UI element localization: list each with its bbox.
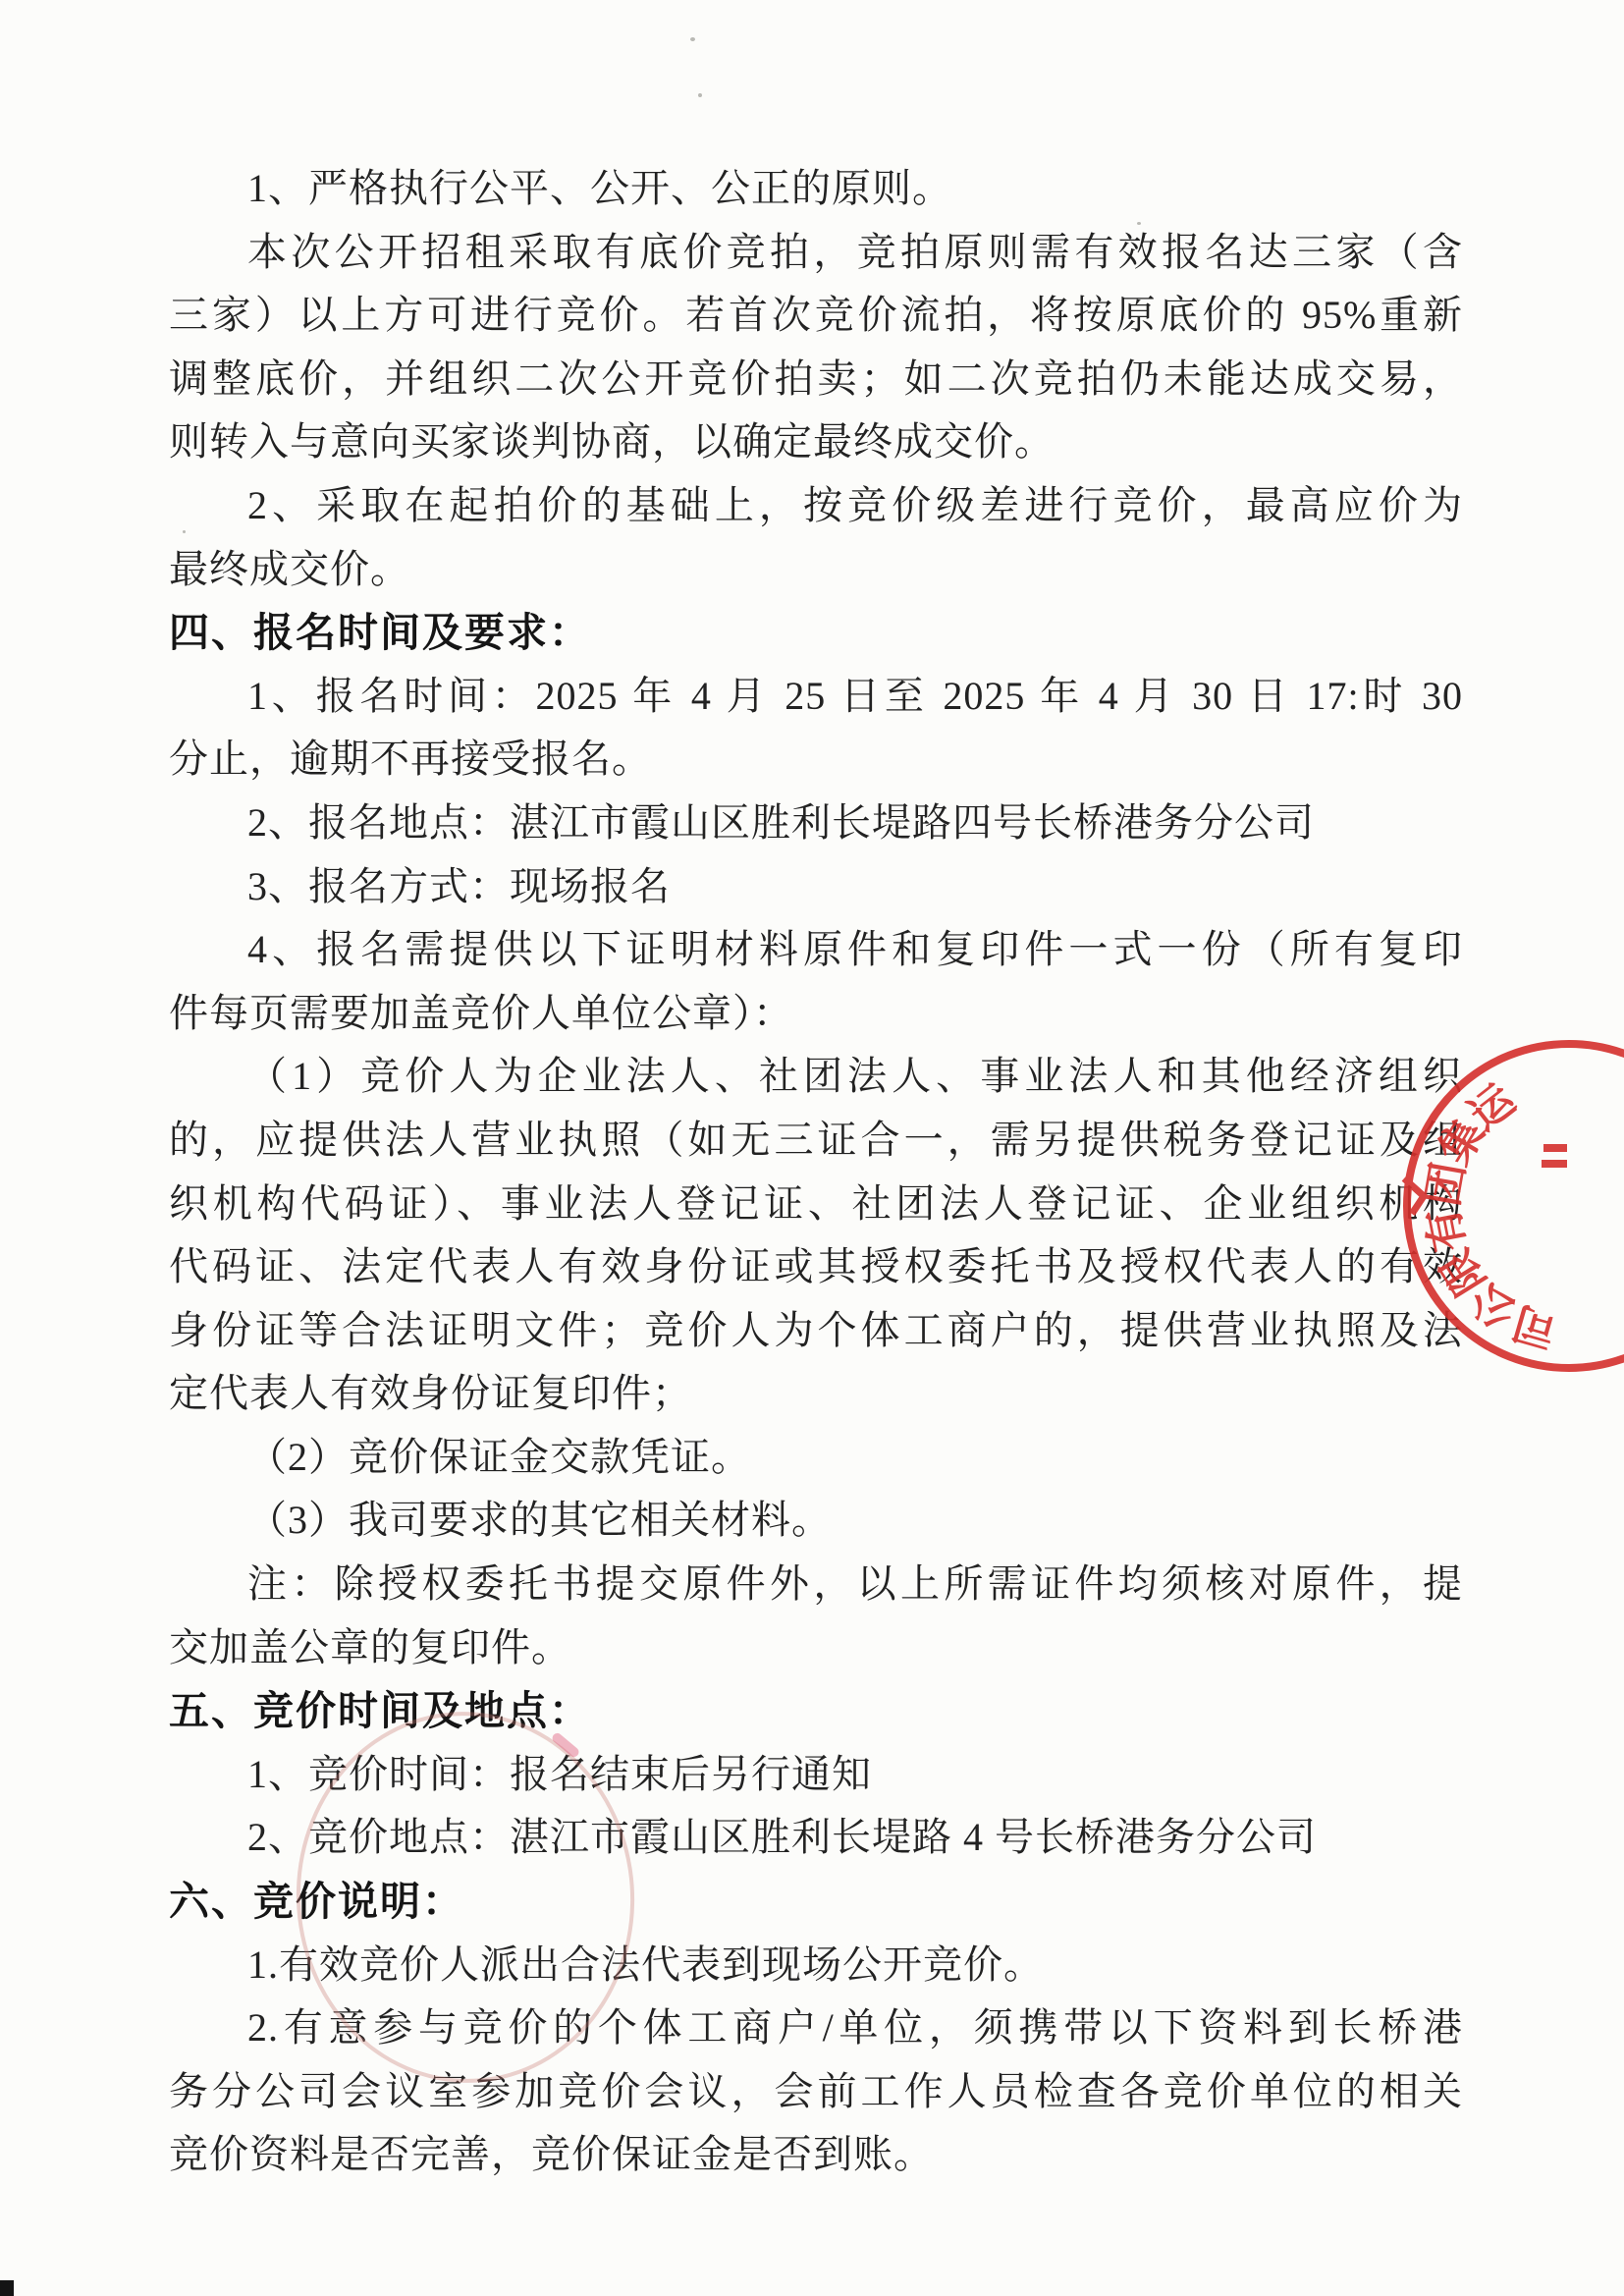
seal-arc-text: 运集团有限公司 (1419, 1074, 1562, 1354)
text-line: 则转入与意向买家谈判协商，以确定最终成交价。 (169, 410, 1463, 474)
section-heading: 五、竞价时间及地点： (169, 1679, 1463, 1743)
scan-speck (1137, 222, 1141, 225)
text-line: 3、报名方式：现场报名 (169, 855, 1463, 919)
scan-artifact-corner-mark (0, 2280, 14, 2296)
text-line: 织机构代码证）、事业法人登记证、社团法人登记证、企业组织机构 (169, 1173, 1463, 1236)
text-line: 身份证等合法证明文件；竞价人为个体工商户的，提供营业执照及法 (169, 1299, 1463, 1363)
text-line: 务分公司会议室参加竞价会议，会前工作人员检查各竞价单位的相关 (169, 2060, 1463, 2124)
text-line: 最终成交价。 (169, 538, 1463, 602)
text-line: 1、严格执行公平、公开、公正的原则。 (169, 157, 1463, 221)
scan-speck (690, 37, 695, 41)
text-line: 2、报名地点：湛江市霞山区胜利长堤路四号长桥港务分公司 (169, 792, 1463, 855)
text-line: 分止，逾期不再接受报名。 (169, 728, 1463, 792)
seal-bar (1542, 1160, 1567, 1168)
seal-bar (1543, 1144, 1567, 1152)
text-line: （2）竞价保证金交款凭证。 (169, 1426, 1463, 1490)
text-line: 三家）以上方可进行竞价。若首次竞价流拍，将按原底价的 95%重新 (169, 284, 1463, 348)
text-line: 4、报名需提供以下证明材料原件和复印件一式一份（所有复印 (169, 918, 1463, 982)
text-line: 2、采取在起拍价的基础上，按竞价级差进行竞价，最高应价为 (169, 474, 1463, 538)
text-line: 交加盖公章的复印件。 (169, 1616, 1463, 1680)
text-line: （1）竞价人为企业法人、社团法人、事业法人和其他经济组织 (169, 1045, 1463, 1109)
company-seal-stamp: 运集团有限公司 (1394, 1031, 1624, 1404)
scan-speck (183, 530, 186, 533)
scan-speck (698, 93, 702, 97)
section-heading: 四、报名时间及要求： (169, 601, 1463, 665)
text-line: 的，应提供法人营业执照（如无三证合一，需另提供税务登记证及组 (169, 1109, 1463, 1173)
text-line: 本次公开招租采取有底价竞拍，竞拍原则需有效报名达三家（含 (169, 221, 1463, 285)
text-line: 1、报名时间：2025 年 4 月 25 日至 2025 年 4 月 30 日 … (169, 665, 1463, 729)
text-line: 定代表人有效身份证复印件； (169, 1362, 1463, 1426)
seal-character: 团 (1419, 1159, 1474, 1210)
scanned-document-page: 1、严格执行公平、公开、公正的原则。本次公开招租采取有底价竞拍，竞拍原则需有效报… (0, 0, 1624, 2296)
text-line: 调整底价，并组织二次公开竞价拍卖；如二次竞拍仍未能达成交易， (169, 348, 1463, 411)
text-line: 件每页需要加盖竞价人单位公章）： (169, 982, 1463, 1046)
text-line: （3）我司要求的其它相关材料。 (169, 1489, 1463, 1553)
text-line: 注：除授权委托书提交原件外，以上所需证件均须核对原件，提 (169, 1553, 1463, 1616)
text-line: 竞价资料是否完善，竞价保证金是否到账。 (169, 2123, 1463, 2187)
text-line: 代码证、法定代表人有效身份证或其授权委托书及授权代表人的有效 (169, 1235, 1463, 1299)
